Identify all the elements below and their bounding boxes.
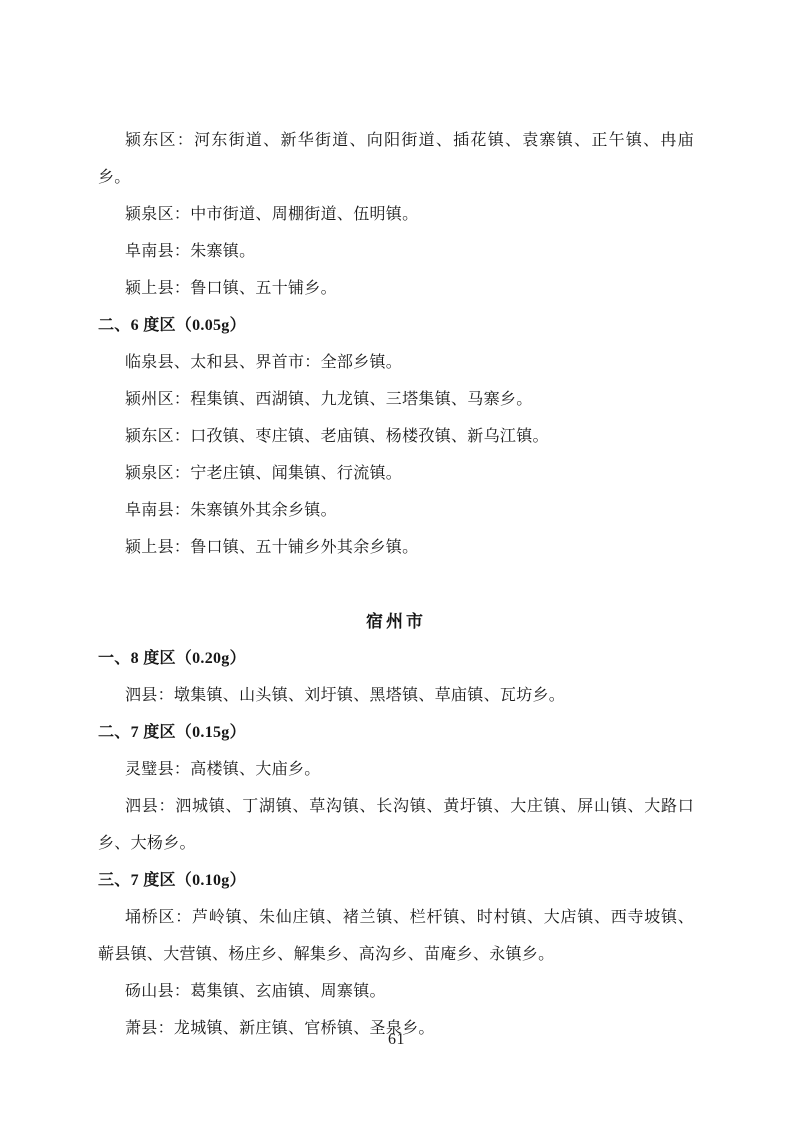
section-heading: 三、7 度区（0.10g） — [98, 862, 694, 899]
paragraph: 阜南县：朱寨镇外其余乡镇。 — [98, 492, 694, 529]
paragraph: 灵璧县：高楼镇、大庙乡。 — [98, 751, 694, 788]
paragraph: 砀山县：葛集镇、玄庙镇、周寨镇。 — [98, 973, 694, 1010]
document-content: 颍东区：河东街道、新华街道、向阳街道、插花镇、袁寨镇、正午镇、冉庙乡。颍泉区：中… — [98, 122, 694, 1047]
paragraph: 泗县：泗城镇、丁湖镇、草沟镇、长沟镇、黄圩镇、大庄镇、屏山镇、大路口乡、大杨乡。 — [98, 788, 694, 862]
document-page: 颍东区：河东街道、新华街道、向阳街道、插花镇、袁寨镇、正午镇、冉庙乡。颍泉区：中… — [0, 0, 793, 1122]
page-number: 61 — [0, 1028, 793, 1052]
paragraph: 颍州区：程集镇、西湖镇、九龙镇、三塔集镇、马寨乡。 — [98, 381, 694, 418]
section-heading: 一、8 度区（0.20g） — [98, 640, 694, 677]
paragraph: 颍东区：口孜镇、枣庄镇、老庙镇、杨楼孜镇、新乌江镇。 — [98, 418, 694, 455]
section-heading: 二、7 度区（0.15g） — [98, 714, 694, 751]
city-title: 宿州市 — [98, 603, 694, 640]
paragraph: 泗县：墩集镇、山头镇、刘圩镇、黑塔镇、草庙镇、瓦坊乡。 — [98, 677, 694, 714]
paragraph: 埇桥区：芦岭镇、朱仙庄镇、褚兰镇、栏杆镇、时村镇、大店镇、西寺坡镇、蕲县镇、大营… — [98, 899, 694, 973]
paragraph: 颍东区：河东街道、新华街道、向阳街道、插花镇、袁寨镇、正午镇、冉庙乡。 — [98, 122, 694, 196]
paragraph: 颍泉区：中市街道、周棚街道、伍明镇。 — [98, 196, 694, 233]
section-heading: 二、6 度区（0.05g） — [98, 307, 694, 344]
paragraph: 临泉县、太和县、界首市：全部乡镇。 — [98, 344, 694, 381]
paragraph: 颍上县：鲁口镇、五十铺乡。 — [98, 270, 694, 307]
paragraph: 颍泉区：宁老庄镇、闻集镇、行流镇。 — [98, 455, 694, 492]
paragraph: 颍上县：鲁口镇、五十铺乡外其余乡镇。 — [98, 529, 694, 566]
paragraph: 阜南县：朱寨镇。 — [98, 233, 694, 270]
